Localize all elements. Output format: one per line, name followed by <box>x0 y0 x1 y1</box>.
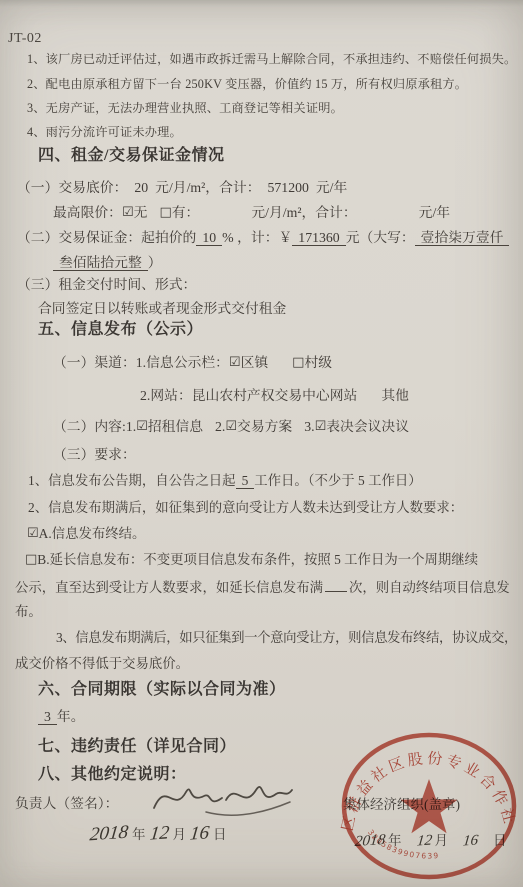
contract-years-line: 3年。 <box>38 708 85 725</box>
deposit-percent: 10 <box>196 230 222 246</box>
stamp-ring-textpath: 区群益社区股份专业合作社 <box>339 750 518 832</box>
date-right-year: 2018 <box>351 831 389 852</box>
content-item-2: 交易方案 <box>237 419 292 434</box>
payment-desc: 合同签定日以转账或者现金形式交付租金 <box>38 300 286 317</box>
channel-label: （一）渠道：1.信息公示栏： <box>53 355 229 370</box>
date-left-month: 12 <box>144 821 174 847</box>
stamp-ring-text: 区群益社区股份专业合作社 <box>339 750 518 832</box>
website-label: 2.网站： <box>140 388 192 403</box>
content-item-3: 表决会议决议 <box>326 419 409 434</box>
deposit-label: （二）交易保证金：起拍价的 <box>17 230 196 245</box>
section-heading-other: 八、其他约定说明： <box>38 765 187 785</box>
content-no-3: 3. <box>304 419 314 434</box>
date-right-month: 12 <box>412 831 435 851</box>
form-code: JT-02 <box>8 30 42 48</box>
deposit-words-continuation: 叁佰陆拾元整） <box>53 254 162 271</box>
base-price-total: 571200 <box>261 180 316 195</box>
website-line: 2.网站：昆山农村产权交易中心网站其他 <box>140 387 409 404</box>
website-name: 昆山农村产权交易中心网站 <box>192 388 358 403</box>
note-line: 3、无房产证，无法办理营业执照、工商登记等相关证明。 <box>27 101 343 116</box>
date-left-year-unit: 年 <box>132 827 146 842</box>
max-price-label: 最高限价： <box>53 205 122 220</box>
payment-time-label: （三）租金交付时间、形式： <box>17 276 196 293</box>
deposit-mid2: 元（大写： <box>346 230 415 245</box>
option-b-label: B.延长信息发布：不变更项目信息发布条件，按照 5 工作日为一个周期继续 <box>37 552 478 567</box>
checkbox-checked-icon: ☑ <box>136 419 148 434</box>
date-right-day: 16 <box>459 831 482 851</box>
org-seal-label: 集体经济组织(盖章) <box>343 797 460 814</box>
require-item-1: 1、信息发布公告期，自公告之日起5工作日。（不少于 5 工作日） <box>28 473 422 490</box>
note-line: 2、配电由原承租方留下一台 250KV 变压器，价值约 15 万，所有权归原承租… <box>27 77 467 92</box>
max-price-none: 无 <box>134 205 148 220</box>
date-left: 2018年12月16日 <box>86 822 227 846</box>
base-price-label: （一）交易底价： <box>17 180 127 195</box>
base-price-line: （一）交易底价：20元/月/m²，合计：571200元/年 <box>17 179 347 196</box>
section-heading-contract-term: 六、合同期限（实际以合同为准） <box>38 680 286 700</box>
option-a-label: A.信息发布终结。 <box>39 526 146 541</box>
require-item-3-line1: 3、信息发布期满后，如只征集到一个意向受让方，则信息发布终结，协议成交， <box>56 630 517 647</box>
checkbox-checked-icon: ☑ <box>225 419 237 434</box>
deposit-line: （二）交易保证金：起拍价的10% ，计：￥171360元（大写：壹拾柒万壹仟 <box>17 229 509 246</box>
checkbox-unchecked-icon: □ <box>292 355 304 370</box>
require-option-b: □B.延长信息发布：不变更项目信息发布条件，按照 5 工作日为一个周期继续 <box>25 552 478 569</box>
section-heading-info-publish: 五、信息发布（公示） <box>38 320 203 340</box>
content-lead: （二）内容:1. <box>53 419 136 434</box>
require-option-a: ☑A.信息发布终结。 <box>27 526 145 543</box>
channel-district: 区镇 <box>241 355 269 370</box>
checkbox-checked-icon: ☑ <box>122 205 134 220</box>
note-line: 1、该厂房已动迁评估过，如遇市政拆迁需马上解除合同，不承担违约、不赔偿任何损失。 <box>27 52 516 67</box>
max-price-per-year: 元/年 <box>419 205 450 220</box>
date-left-day: 16 <box>185 821 215 847</box>
option-b-continuation: 公示，直至达到受让方人数要求，如延长信息发布满次，则自动终结项目信息发 <box>15 578 510 597</box>
principal-sign-label: 负责人（签名）： <box>15 795 118 812</box>
checkbox-checked-icon: ☑ <box>27 526 39 541</box>
require-item-2: 2、信息发布期满后，如征集到的意向受让方人数未达到受让方人数要求： <box>28 500 463 517</box>
date-right-year-unit: 年 <box>388 833 402 848</box>
deposit-words-1: 壹拾柒万壹仟 <box>415 230 510 246</box>
date-right: 2018年12月16日 <box>352 832 507 851</box>
checkbox-unchecked-icon: □ <box>159 205 171 220</box>
option-b-end: 布。 <box>15 604 42 621</box>
max-price-have: 有： <box>172 205 200 220</box>
max-price-line: 最高限价：☑无□有：元/月/m²，合计：元/年 <box>53 204 450 222</box>
checkbox-unchecked-icon: □ <box>25 552 37 567</box>
deposit-amount: 171360 <box>292 230 345 246</box>
deposit-words-2: 叁佰陆拾元整 <box>53 255 148 271</box>
date-left-month-unit: 月 <box>173 827 187 842</box>
require-item1-days: 5 <box>236 473 255 489</box>
section-heading-rent-deposit: 四、租金/交易保证金情况 <box>38 146 224 166</box>
contract-years-value: 3 <box>38 709 57 725</box>
require-item1-pre: 1、信息发布公告期，自公告之日起 <box>28 473 236 488</box>
content-no-2: 2. <box>215 419 225 434</box>
max-price-unit: 元/月/m²，合计： <box>251 205 356 220</box>
base-price-value: 20 <box>127 180 155 195</box>
content-item-1: 招租信息 <box>148 419 203 434</box>
date-right-month-unit: 月 <box>435 833 449 848</box>
deposit-close-paren: ） <box>148 255 162 270</box>
channel-village: 村级 <box>304 355 332 370</box>
scanned-document-page: JT-02 1、该厂房已动迁评估过，如遇市政拆迁需马上解除合同，不承担违约、不赔… <box>0 0 523 887</box>
checkbox-checked-icon: ☑ <box>229 355 241 370</box>
channel-line: （一）渠道：1.信息公示栏：☑区镇□村级 <box>53 354 332 372</box>
require-item1-post: 工作日。（不少于 5 工作日） <box>254 473 421 488</box>
base-price-unit: 元/月/m²，合计： <box>155 180 260 195</box>
note-line: 4、雨污分流许可证未办理。 <box>27 125 182 140</box>
option-b-cont-post: 次，则自动终结项目信息发 <box>349 580 510 595</box>
date-right-day-unit: 日 <box>493 833 507 848</box>
section-heading-breach: 七、违约责任（详见合同） <box>38 737 236 757</box>
base-price-per-year: 元/年 <box>316 180 347 195</box>
require-item-3-line2: 成交价格不得低于交易底价。 <box>15 656 189 673</box>
date-left-day-unit: 日 <box>213 827 227 842</box>
contract-years-suffix: 年。 <box>57 709 85 724</box>
deposit-mid: % ，计：￥ <box>222 230 292 245</box>
website-other: 其他 <box>381 388 409 403</box>
option-b-cont-pre: 公示，直至达到受让方人数要求，如延长信息发布满 <box>15 580 323 595</box>
date-left-year: 2018 <box>85 820 134 847</box>
checkbox-checked-icon: ☑ <box>315 419 327 434</box>
content-line: （二）内容:1.☑招租信息2.☑交易方案3.☑表决会议决议 <box>53 418 409 436</box>
require-label: （三）要求： <box>53 446 136 463</box>
blank-underline <box>325 578 347 592</box>
